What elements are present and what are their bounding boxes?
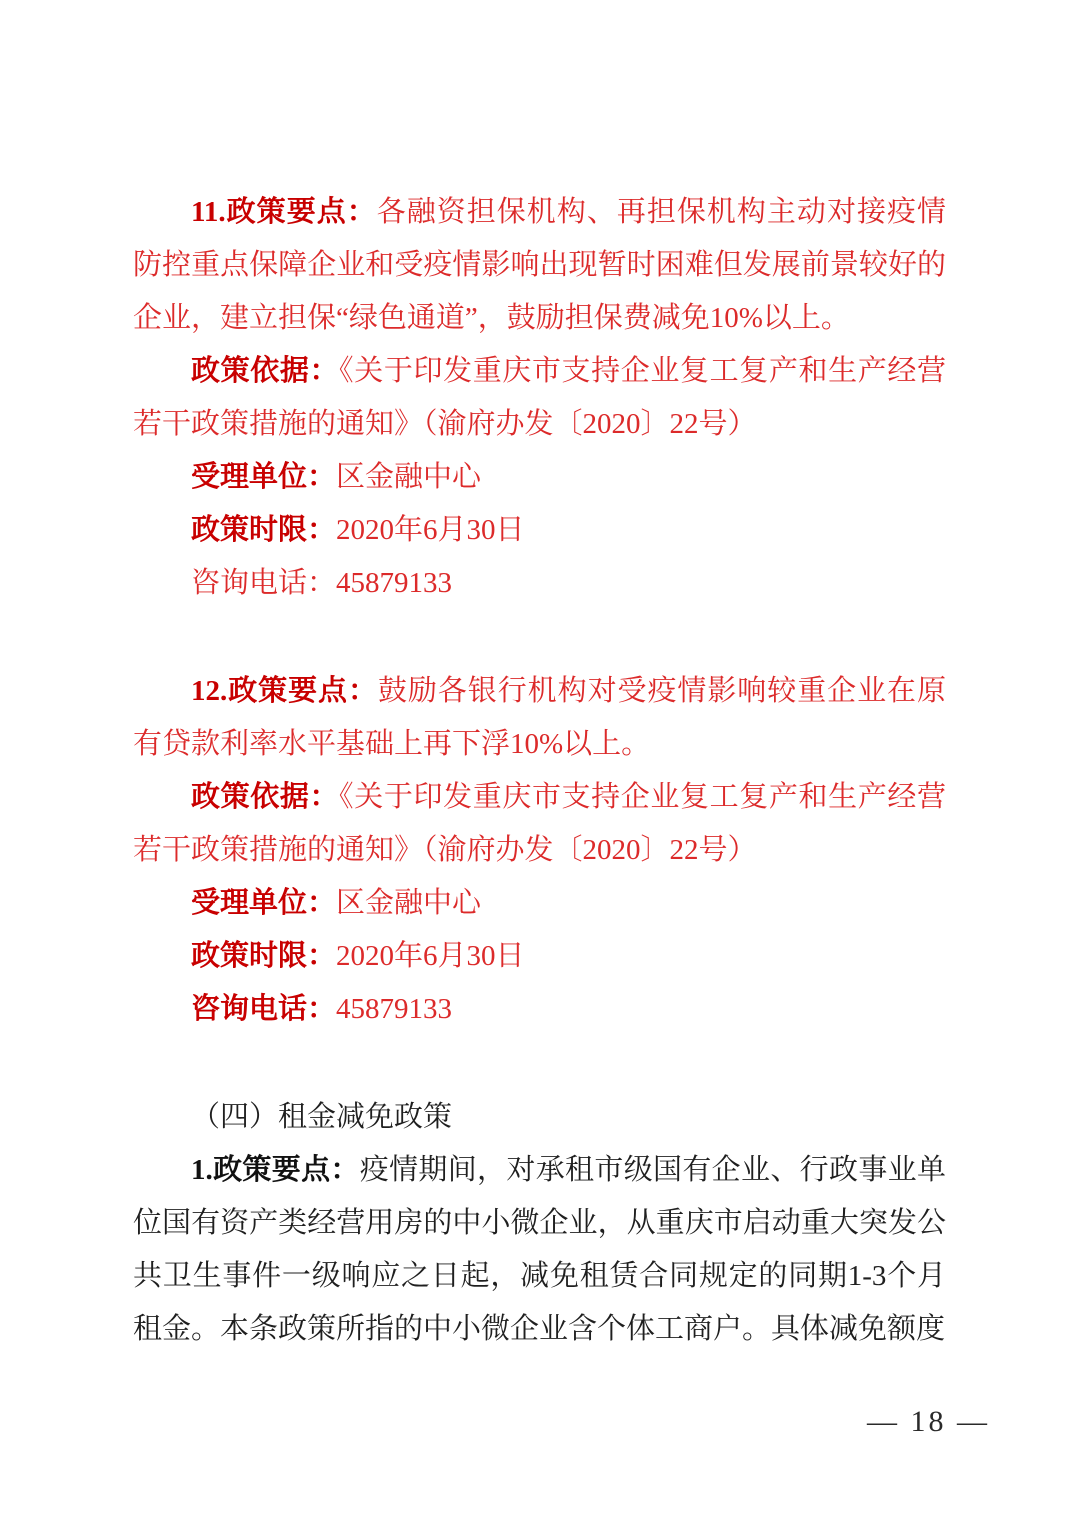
policy-basis-label: 政策依据：	[191, 355, 339, 387]
policy-deadline-label: 政策时限：	[191, 514, 336, 546]
consult-phone-label: 咨询电话：	[191, 993, 336, 1025]
accepting-unit-text: 区金融中心	[336, 461, 481, 493]
policy-basis-paragraph: 政策依据：《关于印发重庆市支持企业复工复产和生产经营若干政策措施的通知》（渝府办…	[133, 771, 946, 877]
section-heading: （四）租金减免政策	[133, 1091, 946, 1144]
document-page: 11.政策要点：各融资担保机构、再担保机构主动对接疫情防控重点保障企业和受疫情影…	[0, 0, 1075, 1520]
policy-basis-paragraph: 政策依据：《关于印发重庆市支持企业复工复产和生产经营若干政策措施的通知》（渝府办…	[133, 345, 946, 451]
accepting-unit-paragraph: 受理单位：区金融中心	[133, 877, 946, 930]
policy-item-11: 11.政策要点：各融资担保机构、再担保机构主动对接疫情防控重点保障企业和受疫情影…	[133, 186, 946, 610]
policy-deadline-paragraph: 政策时限：2020年6月30日	[133, 504, 946, 557]
policy-points-paragraph: 11.政策要点：各融资担保机构、再担保机构主动对接疫情防控重点保障企业和受疫情影…	[133, 186, 946, 345]
policy-basis-label: 政策依据：	[191, 781, 339, 813]
consult-phone-paragraph: 咨询电话：45879133	[133, 983, 946, 1036]
consult-phone-paragraph: 咨询电话：45879133	[133, 557, 946, 610]
policy-points-paragraph: 12.政策要点：鼓励各银行机构对受疫情影响较重企业在原有贷款利率水平基础上再下浮…	[133, 665, 946, 771]
policy-points-paragraph: 1.政策要点：疫情期间，对承租市级国有企业、行政事业单位国有资产类经营用房的中小…	[133, 1144, 946, 1356]
accepting-unit-label: 受理单位：	[191, 461, 336, 493]
consult-phone-label: 咨询电话：	[191, 567, 336, 599]
consult-phone-number: 45879133	[336, 567, 452, 599]
policy-deadline-label: 政策时限：	[191, 940, 336, 972]
accepting-unit-text: 区金融中心	[336, 887, 481, 919]
section-four-rent-relief: （四）租金减免政策 1.政策要点：疫情期间，对承租市级国有企业、行政事业单位国有…	[133, 1091, 946, 1356]
policy-points-label: 12.政策要点：	[191, 675, 378, 707]
page-content: 11.政策要点：各融资担保机构、再担保机构主动对接疫情防控重点保障企业和受疫情影…	[133, 186, 946, 1356]
policy-deadline-paragraph: 政策时限：2020年6月30日	[133, 930, 946, 983]
policy-deadline-text: 2020年6月30日	[336, 514, 525, 546]
consult-phone-number: 45879133	[336, 993, 452, 1025]
policy-deadline-text: 2020年6月30日	[336, 940, 525, 972]
accepting-unit-paragraph: 受理单位：区金融中心	[133, 451, 946, 504]
policy-points-label: 11.政策要点：	[191, 196, 377, 228]
page-number: — 18 —	[867, 1402, 990, 1442]
policy-points-label: 1.政策要点：	[191, 1154, 360, 1186]
accepting-unit-label: 受理单位：	[191, 887, 336, 919]
policy-item-12: 12.政策要点：鼓励各银行机构对受疫情影响较重企业在原有贷款利率水平基础上再下浮…	[133, 665, 946, 1036]
